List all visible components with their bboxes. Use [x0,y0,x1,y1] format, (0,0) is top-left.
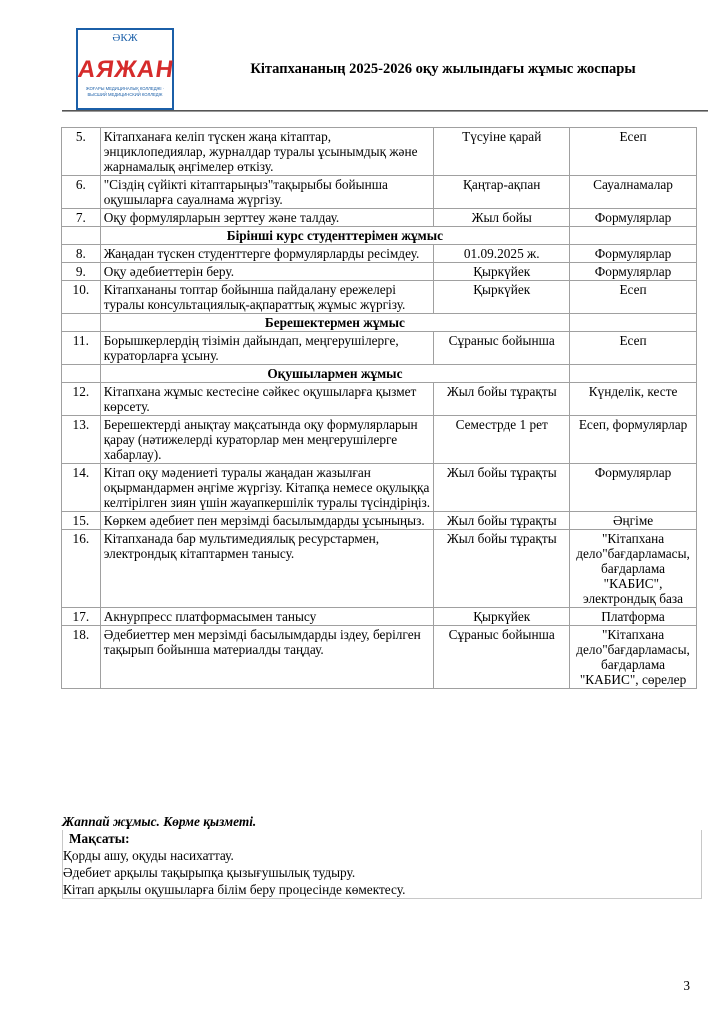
task-cell: Жаңадан түскен студенттерге формулярлард… [100,245,434,263]
college-logo: ӘКЖ АЯЖАН ЖОҒАРЫ МЕДИЦИНАЛЫҚ КОЛЛЕДЖІ · … [76,28,174,110]
form-cell: Формулярлар [570,464,697,512]
row-number: 10. [62,281,101,314]
task-cell: Кітап оқу мәдениеті туралы жаңадан жазыл… [100,464,434,512]
table-row: 15.Көркем әдебиет пен мерзімді басылымда… [62,512,697,530]
row-number: 8. [62,245,101,263]
empty-cell [62,365,101,383]
row-number: 7. [62,209,101,227]
goal-label: Мақсаты: [63,830,701,847]
goal-line: Қорды ашу, оқуды насихаттау. [63,847,701,864]
goal-box: Мақсаты: Қорды ашу, оқуды насихаттау. Әд… [62,830,702,899]
term-cell: Сұраныс бойынша [434,626,570,689]
table-row: 18.Әдебиеттер мен мерзімді басылымдарды … [62,626,697,689]
task-cell: Оқу әдебиеттерін беру. [100,263,434,281]
form-cell: "Кітапхана дело"бағдарламасы, бағдарлама… [570,530,697,608]
term-cell: Жыл бойы тұрақты [434,512,570,530]
row-number: 18. [62,626,101,689]
task-cell: Кітапхана жұмыс кестесіне сәйкес оқушыла… [100,383,434,416]
row-number: 13. [62,416,101,464]
table-row: 16.Кітапханада бар мультимедиялық ресурс… [62,530,697,608]
form-cell: Сауалнамалар [570,176,697,209]
table-row: 17.Акнурпресс платформасымен танысуҚыркү… [62,608,697,626]
section-title: Оқушылармен жұмыс [100,365,569,383]
form-cell: Платформа [570,608,697,626]
table-row: 11.Борышкерлердің тізімін дайындап, меңг… [62,332,697,365]
form-cell: Күнделік, кесте [570,383,697,416]
section-title: Бірінші курс студенттерімен жұмыс [100,227,569,245]
form-cell: Формулярлар [570,263,697,281]
empty-cell [570,227,697,245]
document-title: Кітапхананың 2025-2026 оқу жылындағы жұм… [180,61,706,78]
row-number: 15. [62,512,101,530]
goal-line: Кітап арқылы оқушыларға білім беру проце… [63,881,701,898]
row-number: 5. [62,128,101,176]
table-row: 5.Кітапханаға келіп түскен жаңа кітаптар… [62,128,697,176]
table-row: 10.Кітапхананы топтар бойынша пайдалану … [62,281,697,314]
task-cell: Кітапхананы топтар бойынша пайдалану ере… [100,281,434,314]
term-cell: 01.09.2025 ж. [434,245,570,263]
form-cell: Есеп [570,332,697,365]
section-row: Бірінші курс студенттерімен жұмыс [62,227,697,245]
row-number: 16. [62,530,101,608]
empty-cell [570,365,697,383]
form-cell: Есеп, формулярлар [570,416,697,464]
term-cell: Түсуіне қарай [434,128,570,176]
empty-cell [62,314,101,332]
task-cell: Борышкерлердің тізімін дайындап, меңгеру… [100,332,434,365]
table-row: 12.Кітапхана жұмыс кестесіне сәйкес оқуш… [62,383,697,416]
empty-cell [62,227,101,245]
row-number: 12. [62,383,101,416]
work-plan-table: 5.Кітапханаға келіп түскен жаңа кітаптар… [61,127,697,689]
table-row: 8.Жаңадан түскен студенттерге формулярла… [62,245,697,263]
term-cell: Қаңтар-ақпан [434,176,570,209]
section-row: Оқушылармен жұмыс [62,365,697,383]
section-heading: Жаппай жұмыс. Көрме қызметі. [62,813,702,830]
term-cell: Жыл бойы тұрақты [434,464,570,512]
table-row: 13.Берешектерді анықтау мақсатында оқу ф… [62,416,697,464]
table-row: 7.Оқу формулярларын зерттеу және талдау.… [62,209,697,227]
logo-brand: АЯЖАН [76,56,174,84]
task-cell: Оқу формулярларын зерттеу және талдау. [100,209,434,227]
section-row: Берешектермен жұмыс [62,314,697,332]
task-cell: Акнурпресс платформасымен танысу [100,608,434,626]
general-work-section: Жаппай жұмыс. Көрме қызметі. Мақсаты: Қо… [62,813,702,899]
empty-cell [570,314,697,332]
task-cell: Кітапханада бар мультимедиялық ресурстар… [100,530,434,608]
header-divider [62,110,708,111]
form-cell: Есеп [570,128,697,176]
task-cell: Кітапханаға келіп түскен жаңа кітаптар, … [100,128,434,176]
task-cell: "Сіздің сүйікті кітаптарыңыз"тақырыбы бо… [100,176,434,209]
logo-emblem-text: ӘКЖ [78,32,172,44]
term-cell: Жыл бойы [434,209,570,227]
task-cell: Әдебиеттер мен мерзімді басылымдарды ізд… [100,626,434,689]
section-title: Берешектермен жұмыс [100,314,569,332]
form-cell: Формулярлар [570,245,697,263]
task-cell: Берешектерді анықтау мақсатында оқу форм… [100,416,434,464]
form-cell: "Кітапхана дело"бағдарламасы, бағдарлама… [570,626,697,689]
page-number: 3 [683,978,690,994]
table-row: 9.Оқу әдебиеттерін беру.ҚыркүйекФормуляр… [62,263,697,281]
term-cell: Семестрде 1 рет [434,416,570,464]
row-number: 9. [62,263,101,281]
row-number: 11. [62,332,101,365]
goal-line: Әдебиет арқылы тақырыпқа қызығушылық туд… [63,864,701,881]
row-number: 14. [62,464,101,512]
term-cell: Қыркүйек [434,281,570,314]
term-cell: Қыркүйек [434,263,570,281]
logo-subtitle: ЖОҒАРЫ МЕДИЦИНАЛЫҚ КОЛЛЕДЖІ · ВЫСШИЙ МЕД… [82,86,168,98]
term-cell: Жыл бойы тұрақты [434,383,570,416]
form-cell: Әңгіме [570,512,697,530]
row-number: 6. [62,176,101,209]
term-cell: Қыркүйек [434,608,570,626]
table-row: 14.Кітап оқу мәдениеті туралы жаңадан жа… [62,464,697,512]
form-cell: Есеп [570,281,697,314]
term-cell: Жыл бойы тұрақты [434,530,570,608]
form-cell: Формулярлар [570,209,697,227]
row-number: 17. [62,608,101,626]
table-row: 6."Сіздің сүйікті кітаптарыңыз"тақырыбы … [62,176,697,209]
term-cell: Сұраныс бойынша [434,332,570,365]
task-cell: Көркем әдебиет пен мерзімді басылымдарды… [100,512,434,530]
